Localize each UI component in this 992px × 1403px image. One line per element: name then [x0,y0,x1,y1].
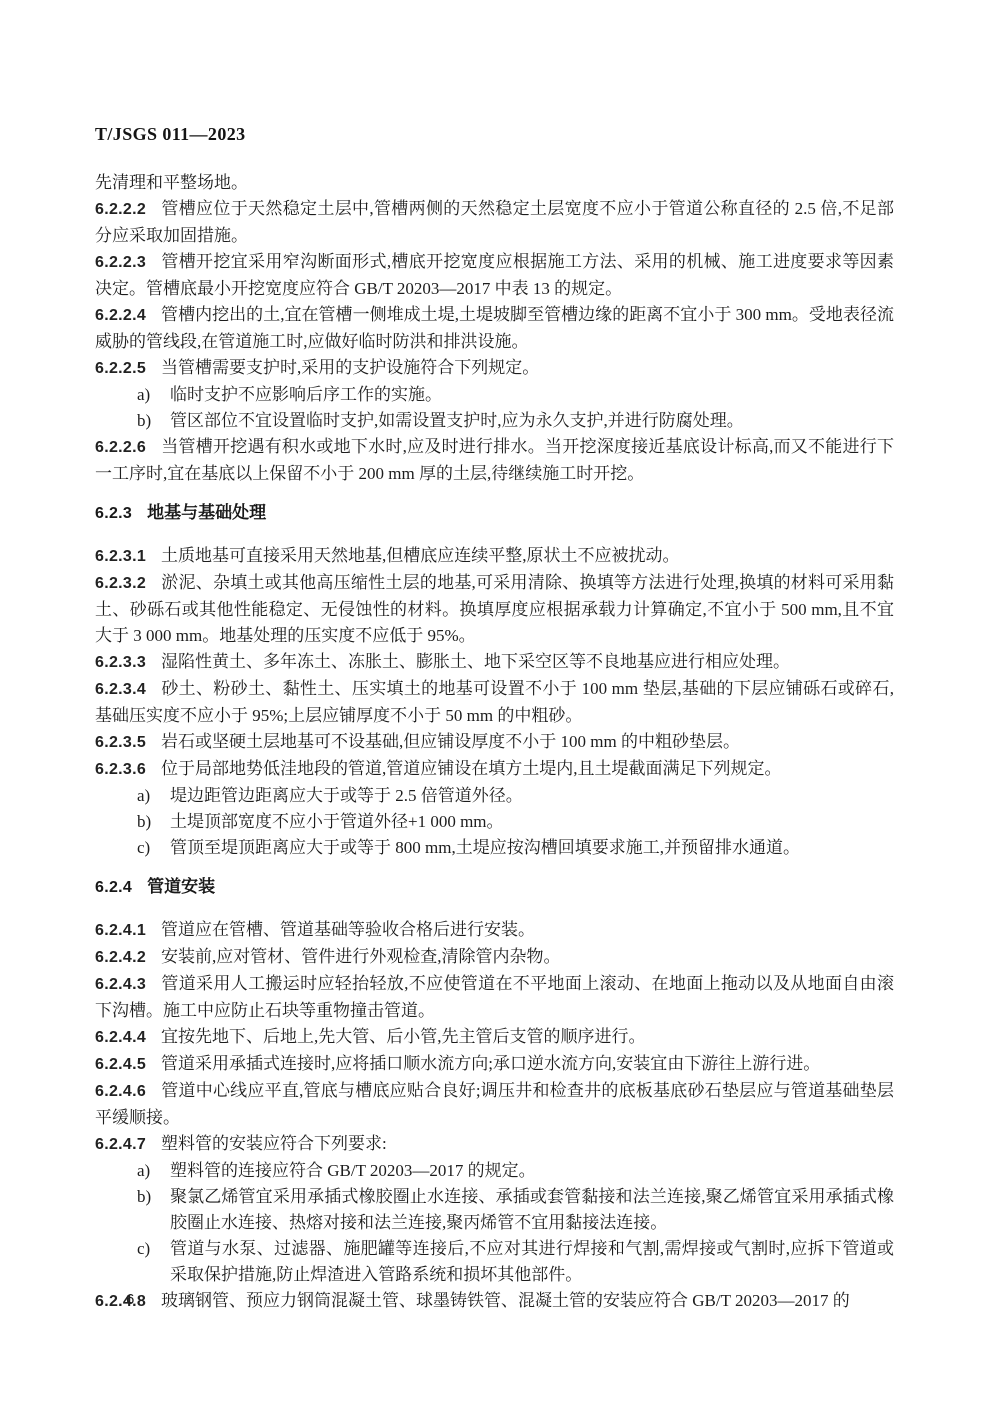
standard-number-header: T/JSGS 011—2023 [95,124,894,145]
list-item: b)管区部位不宜设置临时支护,如需设置支护时,应为永久支护,并进行防腐处理。 [95,408,894,434]
heading-title: 地基与基础处理 [147,503,266,522]
document-page: T/JSGS 011—2023 先清理和平整场地。6.2.2.2管槽应位于天然稳… [95,124,894,1315]
clause-number: 6.2.4.2 [95,949,146,966]
clause-text: 当管槽需要支护时,采用的支护设施符合下列规定。 [161,358,539,377]
clause-paragraph: 6.2.3.3湿陷性黄土、多年冻土、冻胀土、膨胀土、地下采空区等不良地基应进行相… [95,649,894,676]
item-text: 管区部位不宜设置临时支护,如需设置支护时,应为永久支护,并进行防腐处理。 [170,408,894,434]
section-heading: 6.2.4管道安装 [95,874,894,901]
clause-paragraph: 6.2.3.5岩石或坚硬土层地基可不设基础,但应铺设厚度不小于 100 mm 的… [95,729,894,756]
clause-text: 管道应在管槽、管道基础等验收合格后进行安装。 [161,920,535,939]
clause-number: 6.2.4.8 [95,1293,146,1310]
clause-number: 6.2.4.7 [95,1136,146,1153]
clause-number: 6.2.2.6 [95,439,146,456]
clause-text: 岩石或坚硬土层地基可不设基础,但应铺设厚度不小于 100 mm 的中粗砂垫层。 [161,732,740,751]
clause-number: 6.2.3.3 [95,654,146,671]
clause-text: 安装前,应对管材、管件进行外观检查,清除管内杂物。 [161,947,561,966]
clause-paragraph: 6.2.3.4砂土、粉砂土、黏性土、压实填土的地基可设置不小于 100 mm 垫… [95,676,894,729]
clause-text: 管道采用人工搬运时应轻抬轻放,不应使管道在不平地面上滚动、在地面上拖动以及从地面… [95,974,894,1020]
clause-paragraph: 6.2.3.1土质地基可直接采用天然地基,但槽底应连续平整,原状土不应被扰动。 [95,543,894,570]
clause-text: 砂土、粉砂土、黏性土、压实填土的地基可设置不小于 100 mm 垫层,基础的下层… [95,679,894,725]
clause-paragraph: 6.2.4.5管道采用承插式连接时,应将插口顺水流方向;承口逆水流方向,安装宜由… [95,1051,894,1078]
clause-paragraph: 6.2.4.1管道应在管槽、管道基础等验收合格后进行安装。 [95,917,894,944]
clause-number: 6.2.2.2 [95,201,146,218]
list-item: a)临时支护不应影响后序工作的实施。 [95,382,894,408]
list-item: b)土堤顶部宽度不应小于管道外径+1 000 mm。 [95,809,894,835]
clause-text: 当管槽开挖遇有积水或地下水时,应及时进行排水。当开挖深度接近基底设计标高,而又不… [95,437,894,483]
list-item: a)塑料管的连接应符合 GB/T 20203—2017 的规定。 [95,1158,894,1184]
clause-paragraph: 6.2.2.3管槽开挖宜采用窄沟断面形式,槽底开挖宽度应根据施工方法、采用的机械… [95,249,894,302]
item-text: 堤边距管边距离应大于或等于 2.5 倍管道外径。 [170,783,894,809]
item-letter: b) [137,1184,170,1236]
item-letter: c) [137,1236,170,1288]
clause-number: 6.2.4.5 [95,1056,146,1073]
item-text: 临时支护不应影响后序工作的实施。 [170,382,894,408]
clause-text: 塑料管的安装应符合下列要求: [161,1134,387,1153]
clause-text: 湿陷性黄土、多年冻土、冻胀土、膨胀土、地下采空区等不良地基应进行相应处理。 [161,652,790,671]
clause-number: 6.2.2.5 [95,360,146,377]
clause-text: 位于局部地势低洼地段的管道,管道应铺设在填方土堤内,且土堤截面满足下列规定。 [161,759,782,778]
clause-paragraph: 6.2.2.4管槽内挖出的土,宜在管槽一侧堆成土堤,土堤坡脚至管槽边缘的距离不宜… [95,302,894,355]
clause-text: 管槽内挖出的土,宜在管槽一侧堆成土堤,土堤坡脚至管槽边缘的距离不宜小于 300 … [95,305,894,351]
list-item: c)管顶至堤顶距离应大于或等于 800 mm,土堤应按沟槽回填要求施工,并预留排… [95,835,894,861]
item-letter: b) [137,809,170,835]
item-text: 土堤顶部宽度不应小于管道外径+1 000 mm。 [170,809,894,835]
clause-number: 6.2.2.4 [95,307,146,324]
clause-paragraph: 6.2.4.4宜按先地下、后地上,先大管、后小管,先主管后支管的顺序进行。 [95,1024,894,1051]
clause-text: 管道采用承插式连接时,应将插口顺水流方向;承口逆水流方向,安装宜由下游往上游行进… [161,1054,820,1073]
clause-paragraph: 6.2.4.2安装前,应对管材、管件进行外观检查,清除管内杂物。 [95,944,894,971]
heading-title: 管道安装 [147,877,215,896]
clause-number: 6.2.3.5 [95,734,146,751]
clause-text: 玻璃钢管、预应力钢筒混凝土管、球墨铸铁管、混凝土管的安装应符合 GB/T 202… [161,1291,850,1310]
clause-number: 6.2.2.3 [95,254,146,271]
page-number: 6 [126,1291,134,1308]
clause-number: 6.2.4.1 [95,922,146,939]
clause-paragraph: 6.2.2.2管槽应位于天然稳定土层中,管槽两侧的天然稳定土层宽度不应小于管道公… [95,196,894,249]
clause-text: 宜按先地下、后地上,先大管、后小管,先主管后支管的顺序进行。 [161,1027,646,1046]
heading-number: 6.2.4 [95,879,132,896]
clause-text: 管槽开挖宜采用窄沟断面形式,槽底开挖宽度应根据施工方法、采用的机械、施工进度要求… [95,252,894,298]
clause-paragraph: 6.2.2.5当管槽需要支护时,采用的支护设施符合下列规定。 [95,355,894,382]
heading-number: 6.2.3 [95,505,132,522]
clause-paragraph: 6.2.3.6位于局部地势低洼地段的管道,管道应铺设在填方土堤内,且土堤截面满足… [95,756,894,783]
item-letter: a) [137,382,170,408]
clause-text: 管槽应位于天然稳定土层中,管槽两侧的天然稳定土层宽度不应小于管道公称直径的 2.… [95,199,894,245]
item-text: 管道与水泵、过滤器、施肥罐等连接后,不应对其进行焊接和气割,需焊接或气割时,应拆… [170,1236,894,1288]
clause-text: 淤泥、杂填土或其他高压缩性土层的地基,可采用清除、换填等方法进行处理,换填的材料… [95,573,894,645]
clause-paragraph: 6.2.4.8玻璃钢管、预应力钢筒混凝土管、球墨铸铁管、混凝土管的安装应符合 G… [95,1288,894,1315]
clause-number: 6.2.3.6 [95,761,146,778]
item-letter: c) [137,835,170,861]
list-item: b)聚氯乙烯管宜采用承插式橡胶圈止水连接、承插或套管黏接和法兰连接,聚乙烯管宜采… [95,1184,894,1236]
clause-number: 6.2.3.4 [95,681,146,698]
item-text: 塑料管的连接应符合 GB/T 20203—2017 的规定。 [170,1158,894,1184]
clause-number: 6.2.4.3 [95,976,146,993]
document-body: 先清理和平整场地。6.2.2.2管槽应位于天然稳定土层中,管槽两侧的天然稳定土层… [95,170,894,1315]
item-letter: a) [137,1158,170,1184]
clause-number: 6.2.3.1 [95,548,146,565]
clause-paragraph: 6.2.4.6管道中心线应平直,管底与槽底应贴合良好;调压井和检查井的底板基底砂… [95,1078,894,1131]
clause-paragraph: 6.2.3.2淤泥、杂填土或其他高压缩性土层的地基,可采用清除、换填等方法进行处… [95,570,894,649]
clause-paragraph: 6.2.4.7塑料管的安装应符合下列要求: [95,1131,894,1158]
clause-number: 6.2.3.2 [95,575,146,592]
clause-text: 土质地基可直接采用天然地基,但槽底应连续平整,原状土不应被扰动。 [161,546,680,565]
item-letter: b) [137,408,170,434]
clause-paragraph: 6.2.2.6当管槽开挖遇有积水或地下水时,应及时进行排水。当开挖深度接近基底设… [95,434,894,487]
clause-number: 6.2.4.4 [95,1029,146,1046]
section-heading: 6.2.3地基与基础处理 [95,500,894,527]
item-letter: a) [137,783,170,809]
item-text: 管顶至堤顶距离应大于或等于 800 mm,土堤应按沟槽回填要求施工,并预留排水通… [170,835,894,861]
clause-paragraph: 6.2.4.3管道采用人工搬运时应轻抬轻放,不应使管道在不平地面上滚动、在地面上… [95,971,894,1024]
list-item: a)堤边距管边距离应大于或等于 2.5 倍管道外径。 [95,783,894,809]
item-text: 聚氯乙烯管宜采用承插式橡胶圈止水连接、承插或套管黏接和法兰连接,聚乙烯管宜采用承… [170,1184,894,1236]
clause-number: 6.2.4.6 [95,1083,146,1100]
list-item: c)管道与水泵、过滤器、施肥罐等连接后,不应对其进行焊接和气割,需焊接或气割时,… [95,1236,894,1288]
clause-text: 管道中心线应平直,管底与槽底应贴合良好;调压井和检查井的底板基底砂石垫层应与管道… [95,1081,894,1127]
intro-paragraph: 先清理和平整场地。 [95,170,894,196]
